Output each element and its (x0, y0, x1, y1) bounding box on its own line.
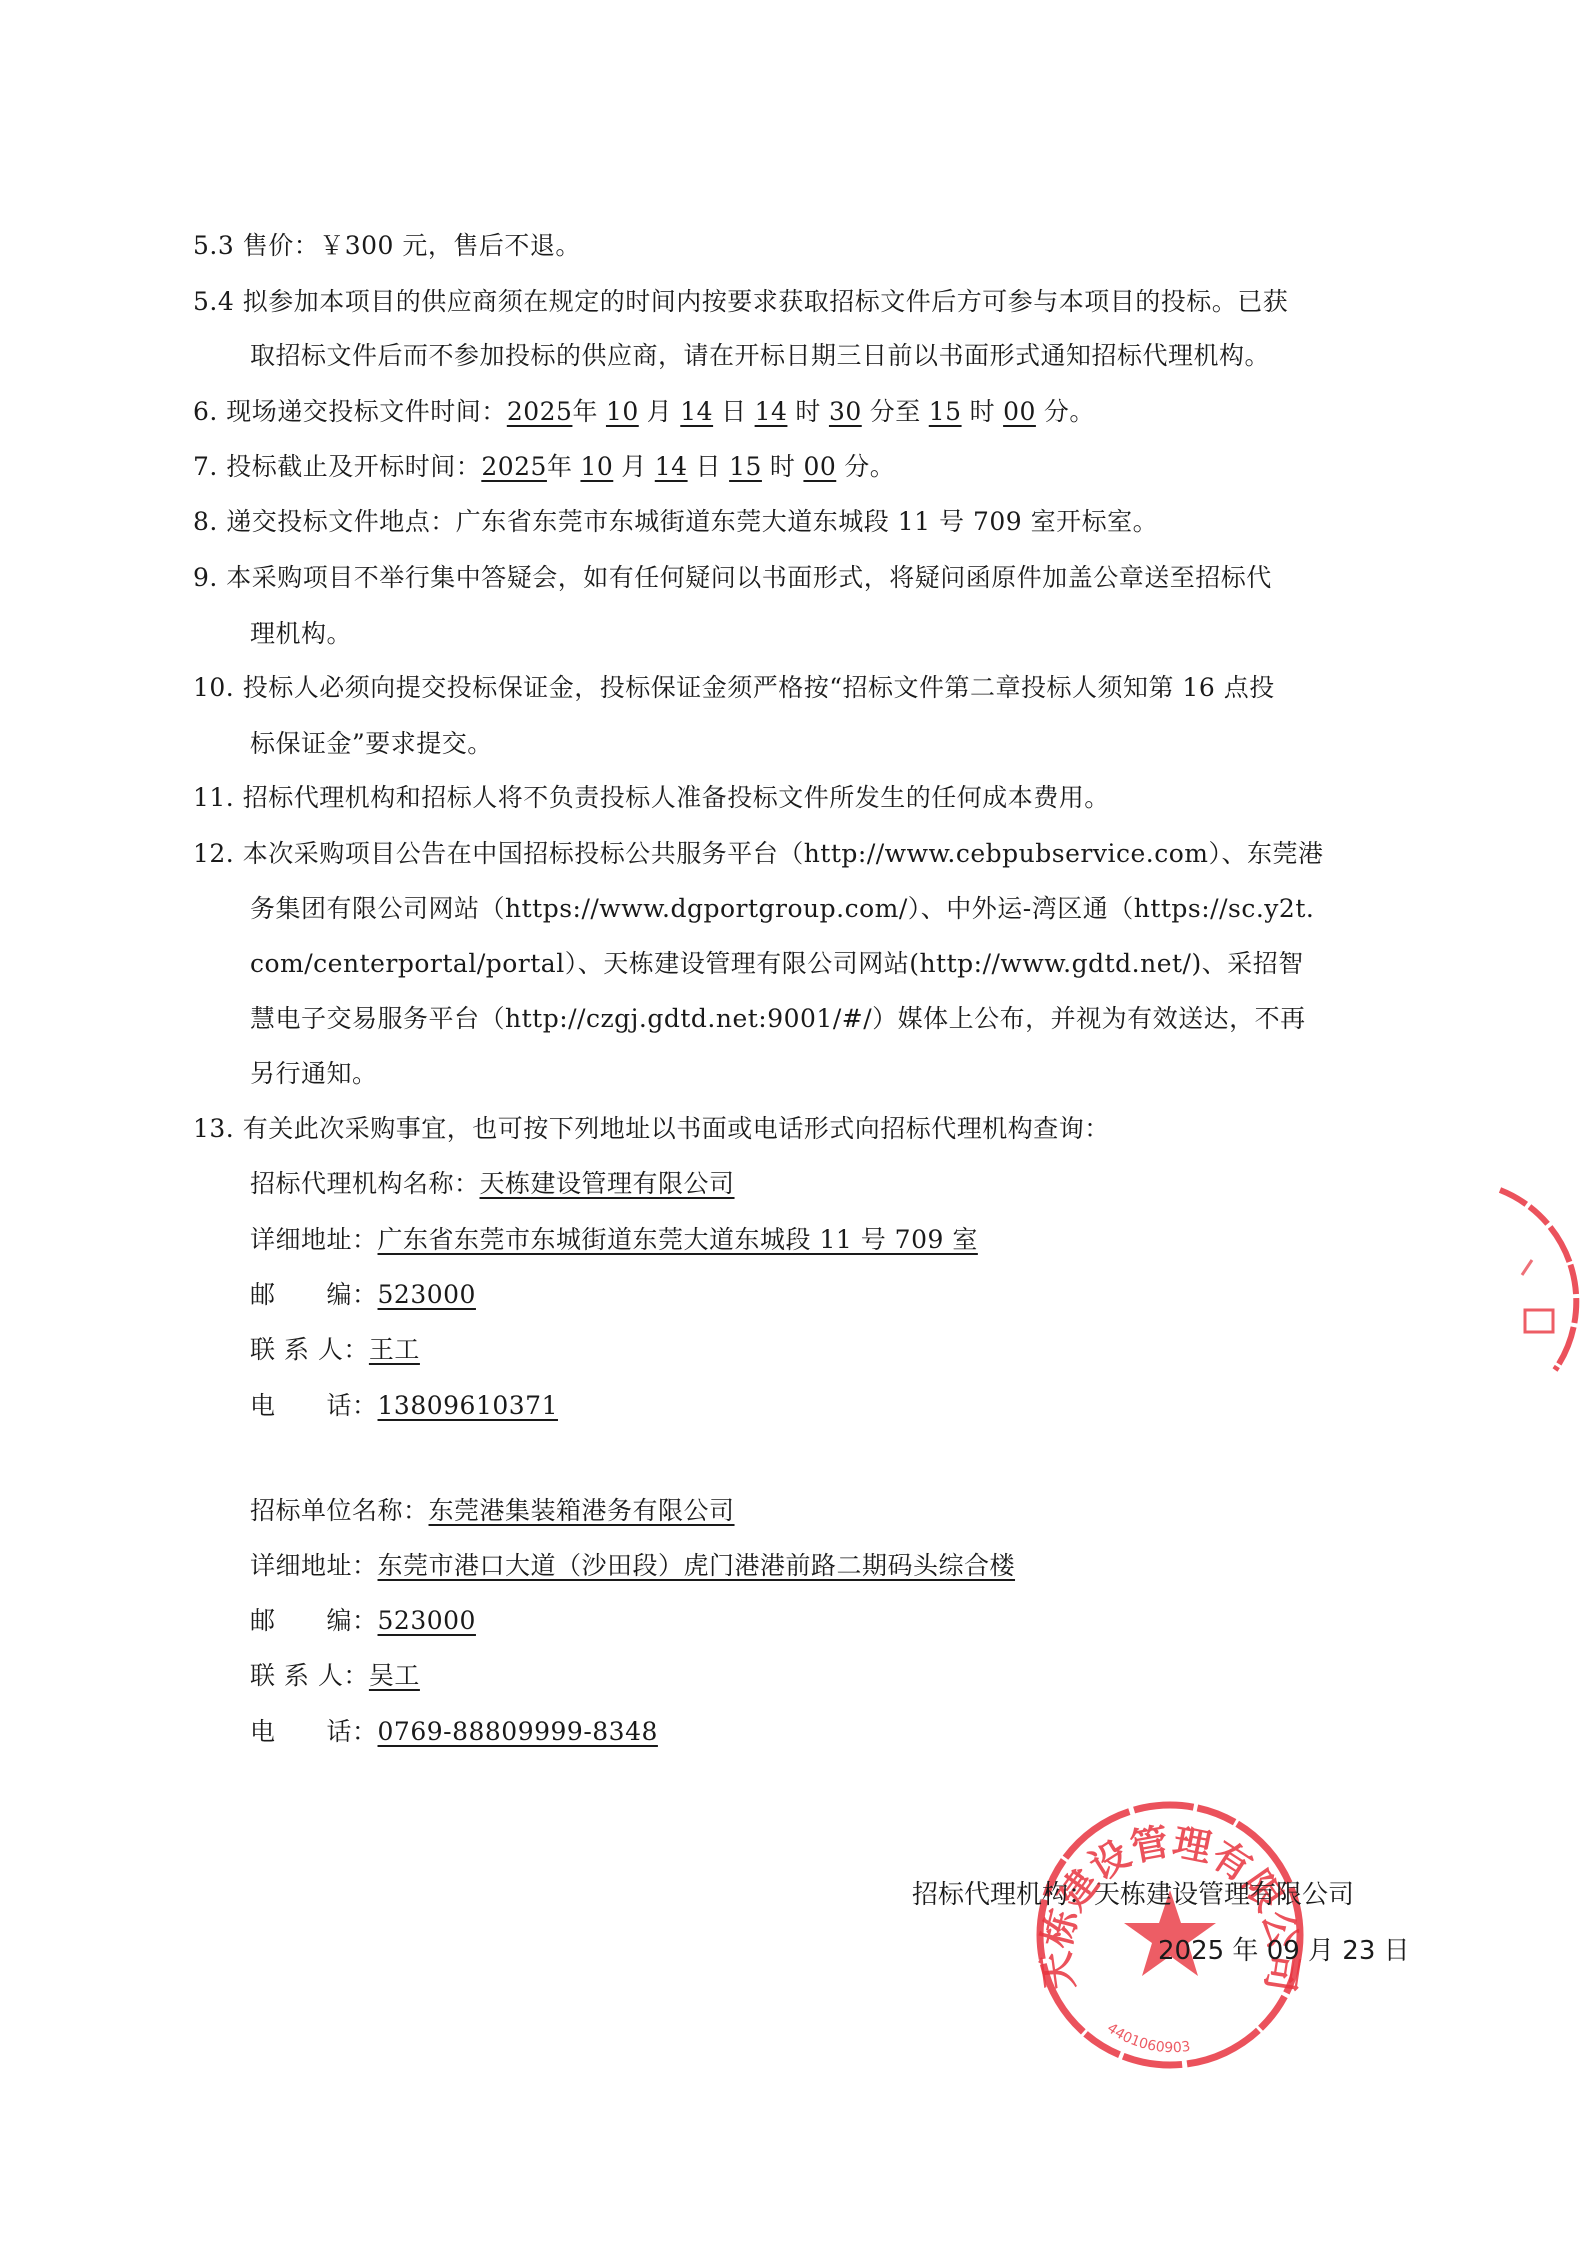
deadline-year: 2025 (481, 452, 547, 481)
agency-phone-row: 电 话：13809610371 (250, 1390, 558, 1422)
item-12-line5: 另行通知。 (250, 1058, 378, 1090)
item-5-3: 5.3 售价：￥300 元，售后不退。 (193, 230, 581, 262)
item-10-line2: 标保证金”要求提交。 (250, 728, 493, 760)
item-8: 8. 递交投标文件地点：广东省东莞市东城街道东莞大道东城段 11 号 709 室… (193, 506, 1158, 538)
submit-hour: 14 (747, 396, 796, 428)
item-13: 13. 有关此次采购事宜，也可按下列地址以书面或电话形式向招标代理机构查询： (193, 1113, 1110, 1145)
submit-end-minute: 00 (995, 396, 1044, 428)
agency-phone: 13809610371 (378, 1391, 558, 1420)
tenderer-phone-row: 电 话：0769-88809999-8348 (250, 1716, 658, 1748)
item-11: 11. 招标代理机构和招标人将不负责投标人准备投标文件所发生的任何成本费用。 (193, 782, 1110, 814)
item-12-line1: 12. 本次采购项目公告在中国招标投标公共服务平台（http://www.ceb… (193, 838, 1323, 870)
tenderer-address: 东莞市港口大道（沙田段）虎门港港前路二期码头综合楼 (378, 1551, 1016, 1580)
submit-month: 10 (598, 396, 647, 428)
item-6: 6. 现场递交投标文件时间：2025年10月14日14时30分至15时00分。 (193, 396, 1095, 428)
tenderer-postcode-row: 邮 编：523000 (250, 1605, 476, 1637)
tenderer-address-row: 详细地址：东莞市港口大道（沙田段）虎门港港前路二期码头综合楼 (250, 1550, 1015, 1582)
item-12-line3: com/centerportal/portal）、天栋建设管理有限公司网站(ht… (250, 948, 1304, 980)
partial-seam-seal-icon (1480, 1180, 1587, 1400)
submit-end-hour: 15 (921, 396, 970, 428)
deadline-hour: 15 (721, 451, 770, 483)
submit-minute: 30 (821, 396, 870, 428)
item-12-line2: 务集团有限公司网站（https://www.dgportgroup.com/）、… (250, 893, 1314, 925)
agency-contact-row: 联 系 人：王工 (250, 1334, 420, 1366)
item-12-line4: 慧电子交易服务平台（http://czgj.gdtd.net:9001/#/）媒… (250, 1003, 1306, 1035)
item-9-line2: 理机构。 (250, 618, 352, 650)
tenderer-contact-row: 联 系 人：吴工 (250, 1660, 420, 1692)
submit-day: 14 (672, 396, 721, 428)
item-9-line1: 9. 本采购项目不举行集中答疑会，如有任何疑问以书面形式，将疑问函原件加盖公章送… (193, 562, 1272, 594)
deadline-day: 14 (647, 451, 696, 483)
submit-year: 2025 (507, 397, 573, 426)
item-10-line1: 10. 投标人必须向提交投标保证金，投标保证金须严格按“招标文件第二章投标人须知… (193, 672, 1275, 704)
agency-contact: 王工 (369, 1335, 420, 1364)
tenderer-phone: 0769-88809999-8348 (378, 1717, 658, 1746)
document-page: 5.3 售价：￥300 元，售后不退。 5.4 拟参加本项目的供应商须在规定的时… (0, 0, 1587, 2245)
tenderer-name-row: 招标单位名称：东莞港集装箱港务有限公司 (250, 1495, 735, 1527)
signature-org: 天栋建设管理有限公司 (1094, 1880, 1354, 1910)
agency-name: 天栋建设管理有限公司 (480, 1169, 735, 1198)
signature-org-row: 招标代理机构：天栋建设管理有限公司 (912, 1878, 1354, 1912)
deadline-minute: 00 (795, 451, 844, 483)
agency-address-row: 详细地址：广东省东莞市东城街道东莞大道东城段 11 号 709 室 (250, 1224, 978, 1256)
agency-postcode-row: 邮 编：523000 (250, 1279, 476, 1311)
item-5-4-line1: 5.4 拟参加本项目的供应商须在规定的时间内按要求获取招标文件后方可参与本项目的… (193, 286, 1288, 318)
agency-postcode: 523000 (378, 1280, 476, 1309)
tenderer-postcode: 523000 (378, 1606, 476, 1635)
signature-date: 2025 年 09 月 23 日 (1158, 1934, 1410, 1968)
deadline-month: 10 (572, 451, 621, 483)
agency-address: 广东省东莞市东城街道东莞大道东城段 11 号 709 室 (378, 1225, 978, 1254)
tenderer-name: 东莞港集装箱港务有限公司 (429, 1496, 735, 1525)
agency-name-row: 招标代理机构名称：天栋建设管理有限公司 (250, 1168, 735, 1200)
item-7: 7. 投标截止及开标时间：2025年10月14日15时00分。 (193, 451, 895, 483)
item-5-4-line2: 取招标文件后而不参加投标的供应商，请在开标日期三日前以书面形式通知招标代理机构。 (250, 340, 1270, 372)
tenderer-contact: 吴工 (369, 1661, 420, 1690)
